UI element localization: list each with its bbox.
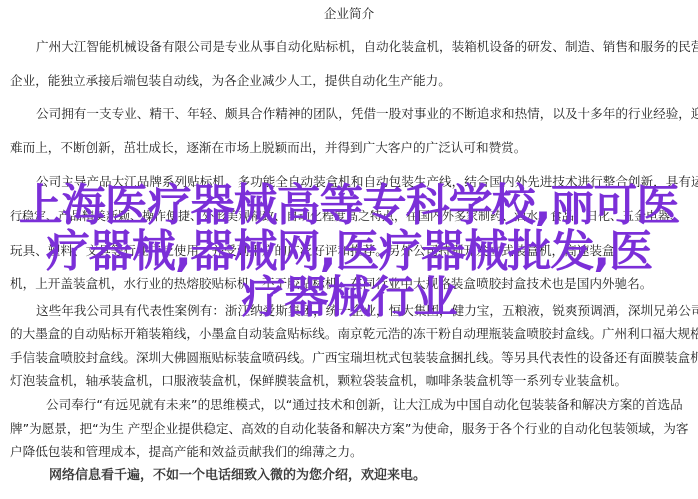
paragraph-5-line-1: 公司奉行“有远见就有未来”的思维模式，以“通过技术和创新，让大江成为中国自动化包…: [46, 397, 683, 413]
paragraph-4-line-2: 的大墨盒的自动贴标开箱装箱线，小墨盒自动装盒贴标线。南京乾元浩的冻干粉自动理瓶装…: [10, 326, 698, 342]
paragraph-1-line-1: 广州大江智能机械设备有限公司是专业从事自动化贴标机，自动化装盒机，装箱机设备的研…: [36, 39, 698, 55]
company-intro-document: 企业简介 广州大江智能机械设备有限公司是专业从事自动化贴标机，自动化装盒机，装箱…: [0, 0, 698, 499]
paragraph-2-line-2: 难而上，不断创新，茁壮成长，逐渐在市场上脱颖而出，并得到广大客户的广泛认可和赞赏…: [10, 140, 526, 156]
call-to-action-text: 网络信息看千遍，不如一个电话细致入微的为您介绍，欢迎来电。: [49, 468, 426, 484]
paragraph-2-line-1: 公司拥有一支专业、精干、年轻、颇具合作精神的团队，凭借一股对事业的不断追求和热情…: [36, 106, 698, 122]
paragraph-3-line-3: 玩具、塑料、文具等行业广泛使用，并受到用户的广泛好评和推荐。另外公司特别开发立式…: [10, 243, 615, 259]
paragraph-1-line-2: 企业，能独立承接后端包装自动线，为各企业减少人工，提供自动化生产能力。: [10, 73, 451, 89]
paragraph-5-line-3: 户降低包装和管理成本，提高产能和效益贡献我们的绵薄之力。: [10, 444, 363, 460]
page-title: 企业简介: [0, 6, 698, 22]
paragraph-4-line-1: 这些年我公司具有代表性案例有：浙江纳爱斯集团，统一企业，恒大集团，健力宝，五粮液…: [36, 303, 698, 319]
paragraph-4-line-3: 手信装盒喷胶封盒线。深圳大佛圆瓶贴标装盒喷码线。广西宝瑞坦枕式包装装盒捆扎线。等…: [10, 350, 698, 366]
paragraph-3-line-2: 行稳定、产品精美新颖、操作便捷、外形美观精致、自动化程度高之特点，在国内外多家制…: [10, 208, 682, 224]
paragraph-5-line-2: 牌”为愿景，把“为生 产型企业提供稳定、高效的自动化装备和解决方案”为使命，服务…: [10, 421, 688, 437]
paragraph-3-line-4: 机，上开盖装盒机，水行业的热熔胶贴标机，不干胶贴标机。在同行业中大规格装盒喷胶封…: [10, 276, 652, 292]
paragraph-4-line-4: 灯泡装盒机，轴承装盒机，口服液装盒机，保鲜膜装盒机，颗粒袋装盒机，咖啡条装盒机等…: [10, 373, 627, 389]
paragraph-3-line-1: 公司主导产品大江品牌系列贴标机，多功能全自动装盒机和自动包装生产线，结合国内外先…: [36, 174, 698, 190]
